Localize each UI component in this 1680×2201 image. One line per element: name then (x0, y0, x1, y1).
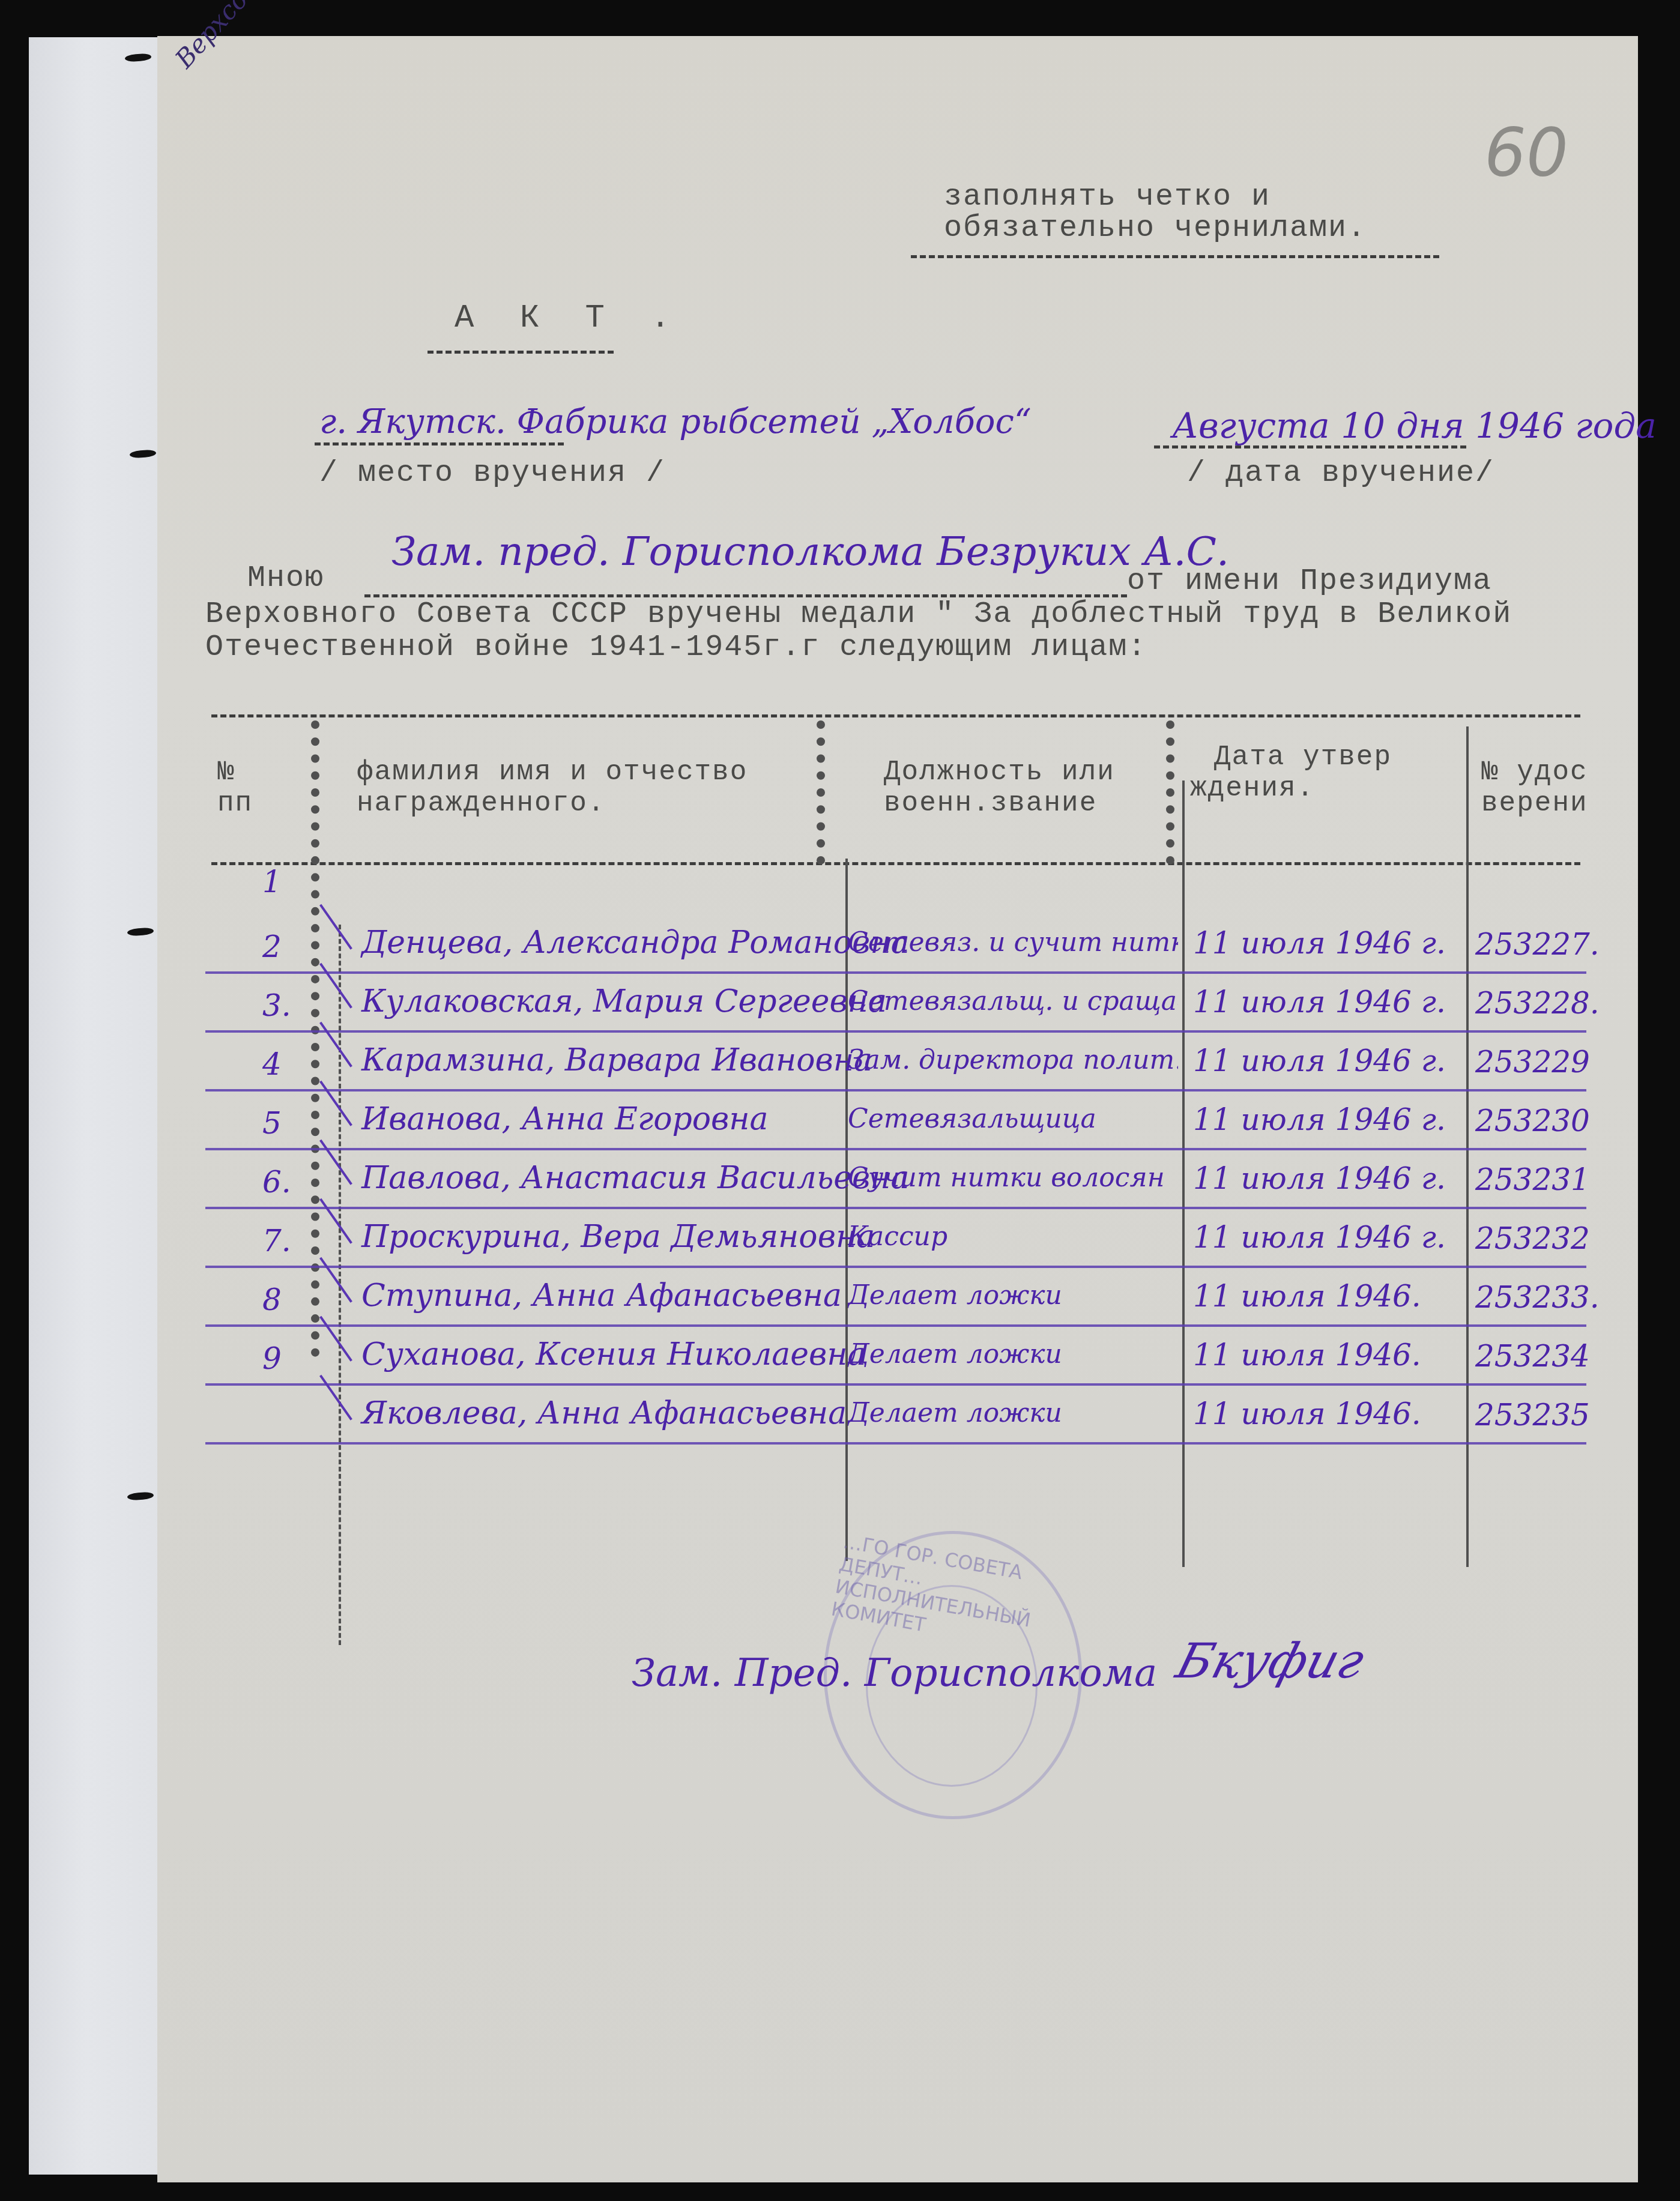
row-number: 4 (262, 1047, 282, 1082)
certificate-number: 253233. (1475, 1280, 1600, 1315)
checkmark-tick (319, 1081, 352, 1126)
certificate-number: 253231 (1475, 1162, 1590, 1197)
binding-strip (29, 37, 171, 2175)
row-underline (205, 1148, 1586, 1150)
awardee-position: Кассир (848, 1221, 1178, 1252)
certificate-number: 253228. (1475, 986, 1600, 1021)
instruction-line-2: обязательно чернилами. (944, 211, 1367, 246)
awardee-position: Делает ложки (848, 1398, 1178, 1428)
column-divider (845, 859, 848, 1561)
row-number: 7. (262, 1224, 291, 1258)
certificate-number: 253229 (1475, 1045, 1590, 1079)
awardee-name: Проскурина, Вера Демьяновна (361, 1219, 875, 1255)
row-number: 5 (262, 1106, 282, 1141)
approval-date: 11 июля 1946 г. (1193, 1043, 1446, 1078)
header-date: Дата утверждения. (1190, 741, 1392, 804)
row-number: 9 (262, 1341, 282, 1376)
date-label: / дата вручение/ (1187, 456, 1494, 491)
awardee-name: Иванова, Анна Егоровна (361, 1101, 769, 1137)
archive-margin-note: Верхсовет (169, 0, 289, 74)
certificate-number: 253232 (1475, 1221, 1590, 1256)
certificate-number: 253227. (1475, 927, 1600, 962)
awardee-position: Сучит нитки волосян (848, 1162, 1178, 1193)
row-underline (205, 1266, 1586, 1268)
approval-date: 11 июля 1946. (1193, 1338, 1421, 1372)
column-divider (1466, 726, 1469, 1567)
header-num: №пп (217, 756, 253, 819)
checkmark-tick (319, 904, 352, 950)
title-underline (428, 351, 614, 354)
binding-hole (130, 449, 157, 458)
intro-line-2: Верховного Совета СССР вручены медали " … (205, 597, 1512, 632)
approval-date: 11 июля 1946 г. (1193, 1102, 1446, 1137)
row-number: 1 (262, 865, 282, 899)
table-top-border (211, 714, 1580, 717)
row-number: 6. (262, 1165, 291, 1200)
checkmark-tick (319, 1316, 352, 1362)
checkmark-tick (319, 963, 352, 1009)
certificate-number: 253234 (1475, 1339, 1590, 1374)
awardee-position: Сетевязальщица (848, 1104, 1178, 1134)
row-underline (205, 1030, 1586, 1033)
column-divider (311, 720, 319, 1357)
approval-date: 11 июля 1946 г. (1193, 985, 1446, 1019)
place-value: г. Якутск. Фабрика рыбсетей „Холбос“ (319, 402, 1032, 441)
intro-line-1-suffix: от имени Президиума (1127, 564, 1492, 599)
checkmark-tick (319, 1140, 352, 1185)
header-name: фамилия имя и отчествонагражденного. (357, 756, 748, 819)
awardee-name: Карамзина, Варвара Ивановна (361, 1042, 872, 1078)
awardee-name: Денцева, Александра Романовна (361, 925, 910, 961)
approval-date: 11 июля 1946. (1193, 1396, 1421, 1431)
awardee-position: Сетевяз. и сучит нитки (848, 927, 1178, 958)
row-number: 2 (262, 929, 282, 964)
awarding-official: Зам. пред. Горисполкома Безруких А.С. (391, 528, 1229, 575)
binding-hole (125, 53, 152, 62)
awardee-name: Ступина, Анна Афанасьевна (361, 1278, 842, 1314)
awardee-position: Сетевязальщ. и сращает посадки (848, 986, 1178, 1016)
awardee-position: Делает ложки (848, 1280, 1178, 1311)
row-underline (205, 1442, 1586, 1445)
row-underline (205, 1207, 1586, 1209)
certificate-number: 253230 (1475, 1104, 1590, 1138)
date-value: Августа 10 дня 1946 года (1172, 405, 1657, 446)
approval-date: 11 июля 1946. (1193, 1279, 1421, 1314)
awardee-name: Яковлева, Анна Афанасьевна (361, 1395, 847, 1431)
place-label: / место вручения / (319, 456, 665, 491)
row-underline (205, 971, 1586, 974)
checkmark-tick (319, 1198, 352, 1244)
table-header-border (211, 862, 1580, 865)
place-underline (315, 442, 564, 445)
checkmark-tick (319, 1375, 352, 1421)
row-number: 3. (262, 988, 291, 1023)
row-number: 8 (262, 1282, 282, 1317)
page-number: 60 (1484, 114, 1568, 191)
binding-hole (127, 927, 154, 936)
checkmark-tick (319, 1257, 352, 1303)
awardee-name: Суханова, Ксения Николаевна (361, 1336, 866, 1372)
document-page: Верхсовет 60 заполнять четко и обязатель… (157, 36, 1638, 2182)
signatory-title: Зам. Пред. Горисполкома (632, 1651, 1157, 1695)
binding-hole (127, 1491, 154, 1500)
awardee-position: Делает ложки (848, 1339, 1178, 1369)
intro-line-3: Отечественной войне 1941-1945г.г следующ… (205, 630, 1147, 665)
header-position: Должность иливоенн.звание (884, 756, 1115, 819)
intro-prefix: Мною (247, 561, 324, 596)
column-divider (1166, 720, 1174, 865)
column-divider (1182, 780, 1185, 1567)
column-divider (817, 720, 825, 865)
awardee-name: Павлова, Анастасия Васильевна (361, 1160, 910, 1196)
instruction-underline (911, 255, 1439, 258)
awardee-position: Зам. директора полит. массов. работ (848, 1045, 1178, 1075)
document-title: А К Т . (455, 300, 683, 337)
approval-date: 11 июля 1946 г. (1193, 1220, 1446, 1255)
approval-date: 11 июля 1946 г. (1193, 1161, 1446, 1196)
date-underline (1154, 445, 1466, 448)
checkmark-tick (319, 1022, 352, 1067)
instruction-line-1: заполнять четко и (944, 180, 1271, 214)
header-cert: № удосверени (1481, 756, 1588, 819)
certificate-number: 253235 (1475, 1398, 1590, 1433)
row-underline (205, 1324, 1586, 1327)
approval-date: 11 июля 1946 г. (1193, 926, 1446, 961)
awardee-name: Кулаковская, Мария Сергеевна (361, 983, 887, 1019)
signature: Бкуфиг (1171, 1633, 1370, 1689)
row-underline (205, 1089, 1586, 1091)
row-underline (205, 1383, 1586, 1386)
